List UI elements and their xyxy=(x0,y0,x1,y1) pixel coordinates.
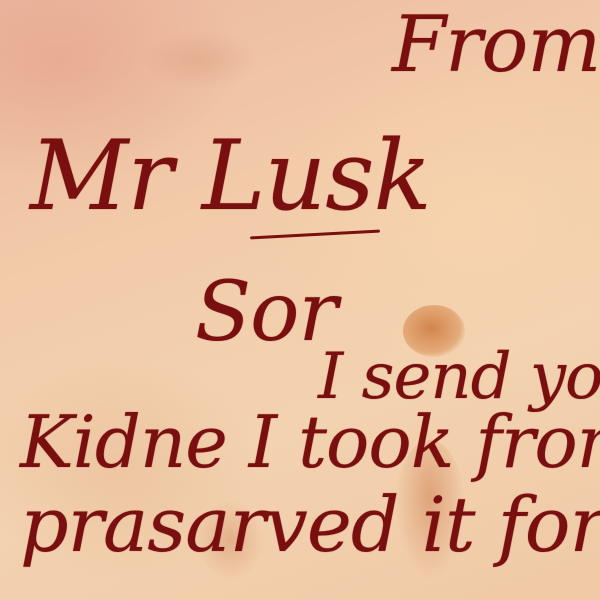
line-body-3: prasarved it for you tother xyxy=(20,480,600,569)
line-body-2: Kidne I took from one xyxy=(20,400,600,484)
stain xyxy=(140,30,260,90)
line-addressee: Mr Lusk xyxy=(30,120,431,232)
line-heading: From xyxy=(392,0,600,90)
letter-photo: From Mr Lusk Sor I send you Kidne I took… xyxy=(0,0,600,600)
line-salutation: Sor xyxy=(195,265,337,360)
